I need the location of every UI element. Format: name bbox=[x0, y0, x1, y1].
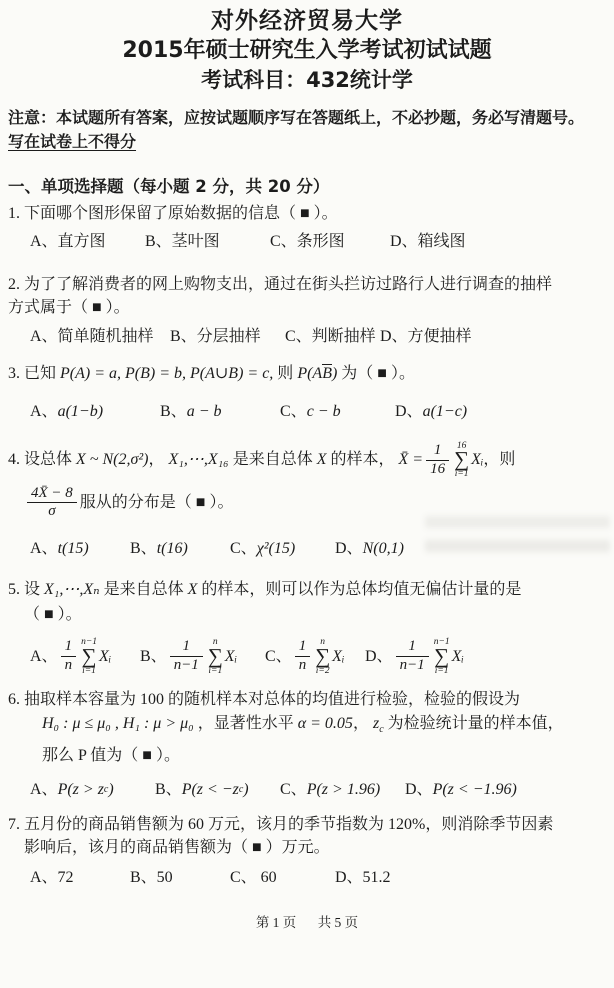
math-p-ab: P(A bbox=[297, 365, 322, 382]
exam-subject: 考试科目：432统计学 bbox=[8, 66, 606, 94]
page-number: 第 1 页 bbox=[256, 915, 297, 930]
question-5: 5. 设 X₁,⋯,Xₙ 是来自总体 X 的样本，则可以作为总体均值无偏估计量的… bbox=[8, 577, 606, 626]
q6-option-c: C、P(z > 1.96) bbox=[280, 778, 405, 801]
question-7: 7. 五月份的商品销售额为 60 万元，该月的季节指数为 120%，则消除季节因… bbox=[8, 813, 606, 859]
question-4: 4. 设总体 X ~ N(2,σ²)， X₁,⋯,X₁₆ 是来自总体 X 的样本… bbox=[8, 441, 606, 520]
question-4-options: A、t(15) B、t(16) C、χ²(15) D、N(0,1) bbox=[8, 537, 606, 560]
summation-icon: 16∑i=1 bbox=[454, 441, 469, 480]
exam-page: 对外经济贸易大学 2015年硕士研究生入学考试初试试题 考试科目：432统计学 … bbox=[0, 0, 614, 988]
fraction: 1n bbox=[61, 639, 77, 674]
question-7-line-2: 影响后，该月的商品销售额为（ ■ ）万元。 bbox=[8, 836, 606, 859]
question-4-line-1: 4. 设总体 X ~ N(2,σ²)， X₁,⋯,X₁₆ 是来自总体 X 的样本… bbox=[8, 441, 606, 480]
question-6: 6. 抽取样本容量为 100 的随机样本对总体的均值进行检验，检验的假设为 H₀… bbox=[8, 688, 606, 769]
fraction: 1n−1 bbox=[396, 639, 429, 674]
notice-line-1: 注意：本试题所有答案，应按试题顺序写在答题纸上，不必抄题，务必写清题号。 bbox=[8, 106, 606, 130]
q5-option-b: B、1n−1n∑i=1Xᵢ bbox=[140, 637, 265, 676]
q5-option-c: C、1nn∑i=2Xᵢ bbox=[265, 637, 365, 676]
question-6-line-3: 那么 P 值为（ ■ ）。 bbox=[8, 743, 606, 769]
university-name: 对外经济贸易大学 bbox=[8, 6, 606, 36]
q3-option-a: A、a(1−b) bbox=[30, 400, 160, 423]
q3-option-b: B、a − b bbox=[160, 400, 280, 423]
q4-option-d: D、N(0,1) bbox=[335, 537, 404, 560]
q7-option-c: C、 60 bbox=[230, 866, 335, 889]
exam-title: 2015年硕士研究生入学考试初试试题 bbox=[8, 36, 606, 66]
q7-option-d: D、51.2 bbox=[335, 866, 391, 889]
question-2-line-1: 2. 为了了解消费者的网上购物支出，通过在街头拦访过路行人进行调查的抽样 bbox=[8, 273, 606, 296]
q4-option-a: A、t(15) bbox=[30, 537, 130, 560]
q2-option-c: C、判断抽样 bbox=[285, 325, 380, 348]
q6-option-d: D、P(z < −1.96) bbox=[405, 778, 517, 801]
math-p-a: P(A) = a, bbox=[60, 365, 121, 382]
math-alpha: α = 0.05 bbox=[298, 715, 353, 732]
question-5-options: A、1nn−1∑i=1Xᵢ B、1n−1n∑i=1Xᵢ C、1nn∑i=2Xᵢ … bbox=[8, 637, 606, 676]
question-3: 3. 已知 P(A) = a, P(B) = b, P(A∪B) = c, 则 … bbox=[8, 361, 606, 387]
q5-option-d: D、1n−1n−1∑i=1Xᵢ bbox=[365, 637, 464, 676]
q1-option-b: B、茎叶图 bbox=[145, 230, 270, 253]
notice-line-2: 写在试卷上不得分 bbox=[8, 130, 606, 154]
question-4-line-2: 4X̄ − 8σ服从的分布是（ ■ ）。 bbox=[8, 486, 606, 521]
question-3-stem: 3. 已知 P(A) = a, P(B) = b, P(A∪B) = c, 则 … bbox=[8, 361, 606, 387]
q3-option-d: D、a(1−c) bbox=[395, 400, 467, 423]
fraction: 1n bbox=[295, 639, 311, 674]
question-1-stem: 1. 下面哪个图形保留了原始数据的信息（ ■ ）。 bbox=[8, 202, 606, 225]
q7-option-a: A、72 bbox=[30, 866, 130, 889]
question-7-options: A、72 B、50 C、 60 D、51.2 bbox=[8, 866, 606, 889]
math-p-b: P(B) = b, bbox=[125, 365, 186, 382]
q4-option-b: B、t(16) bbox=[130, 537, 230, 560]
math-p-union: P(A∪B) = c, bbox=[190, 365, 273, 382]
question-3-options: A、a(1−b) B、a − b C、c − b D、a(1−c) bbox=[8, 400, 606, 423]
q1-option-a: A、直方图 bbox=[30, 230, 145, 253]
page-total: 共 5 页 bbox=[318, 915, 359, 930]
math-sample-seq: X₁,⋯,X₁₆ bbox=[168, 451, 228, 468]
q6-option-a: A、P(z > zc) bbox=[30, 778, 155, 801]
question-5-line-1: 5. 设 X₁,⋯,Xₙ 是来自总体 X 的样本，则可以作为总体均值无偏估计量的… bbox=[8, 577, 606, 603]
question-6-options: A、P(z > zc) B、P(z < −zc) C、P(z > 1.96) D… bbox=[8, 778, 606, 801]
q6-option-b: B、P(z < −zc) bbox=[155, 778, 280, 801]
q3-option-c: C、c − b bbox=[280, 400, 395, 423]
question-1: 1. 下面哪个图形保留了原始数据的信息（ ■ ）。 bbox=[8, 202, 606, 225]
summation-icon: n−1∑i=1 bbox=[81, 637, 97, 676]
q2-option-d: D、方便抽样 bbox=[380, 325, 472, 348]
question-6-line-1: 6. 抽取样本容量为 100 的随机样本对总体的均值进行检验，检验的假设为 bbox=[8, 688, 606, 711]
q7-option-b: B、50 bbox=[130, 866, 230, 889]
question-6-line-2: H₀ : μ ≤ μ₀ , H₁ : μ > μ₀ ，显著性水平 α = 0.0… bbox=[8, 711, 606, 743]
summation-icon: n−1∑i=1 bbox=[434, 637, 450, 676]
summation-icon: n∑i=2 bbox=[315, 637, 330, 676]
b-bar: B bbox=[322, 364, 332, 382]
math-hypotheses: H₀ : μ ≤ μ₀ , H₁ : μ > μ₀ bbox=[42, 715, 194, 732]
q4-option-c: C、χ²(15) bbox=[230, 537, 335, 560]
notice-block: 注意：本试题所有答案，应按试题顺序写在答题纸上，不必抄题，务必写清题号。 写在试… bbox=[8, 106, 606, 154]
q1-option-d: D、箱线图 bbox=[390, 230, 466, 253]
question-7-line-1: 7. 五月份的商品销售额为 60 万元，该月的季节指数为 120%，则消除季节因… bbox=[8, 813, 606, 836]
q2-option-a: A、简单随机抽样 bbox=[30, 325, 170, 348]
question-5-line-2: （ ■ ）。 bbox=[8, 603, 606, 626]
exam-header: 对外经济贸易大学 2015年硕士研究生入学考试初试试题 考试科目：432统计学 bbox=[8, 6, 606, 94]
math-xbar-eq: X̄ = bbox=[399, 451, 424, 468]
fraction-1-16: 116 bbox=[426, 443, 449, 478]
math-sample-seq-n: X₁,⋯,Xₙ bbox=[44, 581, 100, 598]
q5-option-a: A、1nn−1∑i=1Xᵢ bbox=[30, 637, 140, 676]
fraction-4xbar-sigma: 4X̄ − 8σ bbox=[27, 486, 77, 521]
fraction: 1n−1 bbox=[170, 639, 203, 674]
summation-icon: n∑i=1 bbox=[208, 637, 223, 676]
q2-option-b: B、分层抽样 bbox=[170, 325, 285, 348]
question-2: 2. 为了了解消费者的网上购物支出，通过在街头拦访过路行人进行调查的抽样 方式属… bbox=[8, 273, 606, 319]
q1-option-c: C、条形图 bbox=[270, 230, 390, 253]
question-1-options: A、直方图 B、茎叶图 C、条形图 D、箱线图 bbox=[8, 230, 606, 253]
page-footer: 第 1 页 共 5 页 bbox=[8, 911, 606, 931]
question-2-options: A、简单随机抽样 B、分层抽样 C、判断抽样 D、方便抽样 bbox=[8, 325, 606, 348]
question-2-line-2: 方式属于（ ■ ）。 bbox=[8, 296, 606, 319]
section-title: 一、单项选择题（每小题 2 分，共 20 分） bbox=[8, 176, 606, 198]
math-normal-dist: X ~ N(2,σ²) bbox=[76, 451, 148, 468]
